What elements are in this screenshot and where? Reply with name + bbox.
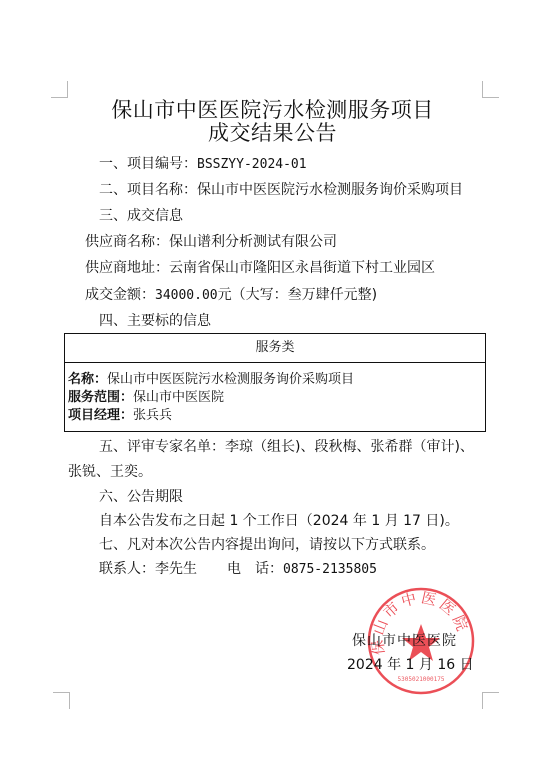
table-body: 名称：保山市中医医院污水检测服务询价采购项目 服务范围：保山市中医医院 项目经理… [65,363,485,425]
table-row: 服务范围：保山市中医医院 [68,389,485,407]
table-row: 项目经理：张兵兵 [68,407,485,425]
signature-organization: 保山市中医医院 [352,632,457,650]
deal-amount-suffix: 元（大写：叁万肆仟元整) [218,287,377,303]
margin-corner-bottom-right [482,692,499,709]
document-subtitle: 成交结果公告 [0,121,545,145]
row-value: 张兵兵 [133,408,172,423]
margin-corner-top-right [482,81,499,98]
phone-label: 电 话： [227,561,283,577]
contact-person: 联系人：李先生 [99,561,197,577]
project-name-line: 二、项目名称：保山市中医医院污水检测服务询价采购项目 [99,181,463,199]
phone-number: 0875-2135805 [283,562,377,577]
period-heading: 六、公告期限 [99,488,183,506]
table-row: 名称：保山市中医医院污水检测服务询价采购项目 [68,371,485,389]
project-number-value: BSSZYY-2024-01 [197,157,307,172]
project-number-line: 一、项目编号：BSSZYY-2024-01 [99,155,307,174]
contact-line: 联系人：李先生电 话：0875-2135805 [99,560,377,579]
subject-info-table: 服务类 名称：保山市中医医院污水检测服务询价采购项目 服务范围：保山市中医医院 … [64,333,486,432]
supplier-address-line: 供应商地址：云南省保山市隆阳区永昌街道下村工业园区 [85,259,435,277]
subject-info-heading: 四、主要标的信息 [99,312,211,330]
signature-date: 2024 年 1 月 16 日 [347,656,474,674]
supplier-name-line: 供应商名称：保山谱利分析测试有限公司 [85,233,337,251]
deal-info-heading: 三、成交信息 [99,207,183,225]
deal-amount-label: 成交金额： [85,287,155,303]
experts-line-1: 五、评审专家名单：李琼（组长)、段秋梅、张希群（审计)、 [99,438,474,456]
period-text: 自本公告发布之日起 1 个工作日（2024 年 1 月 17 日)。 [99,512,459,530]
row-label: 服务范围： [68,390,133,405]
row-value: 保山市中医医院污水检测服务询价采购项目 [107,372,354,387]
experts-line-2: 张锐、王奕。 [68,463,152,481]
row-value: 保山市中医医院 [133,390,224,405]
document-page: 保山市中医医院污水检测服务项目 成交结果公告 一、项目编号：BSSZYY-202… [0,0,545,780]
project-number-label: 一、项目编号： [99,156,197,172]
document-title: 保山市中医医院污水检测服务项目 [0,98,545,122]
row-label: 项目经理： [68,408,133,423]
stamp-code: 5305021000175 [398,676,445,683]
row-label: 名称： [68,372,107,387]
contact-heading: 七、凡对本次公告内容提出询问，请按以下方式联系。 [99,536,435,554]
margin-corner-top-left [51,81,68,98]
table-header: 服务类 [65,334,485,363]
margin-corner-bottom-left [53,692,70,709]
deal-amount-line: 成交金额：34000.00元（大写：叁万肆仟元整) [85,286,377,305]
deal-amount-value: 34000.00 [155,288,218,303]
